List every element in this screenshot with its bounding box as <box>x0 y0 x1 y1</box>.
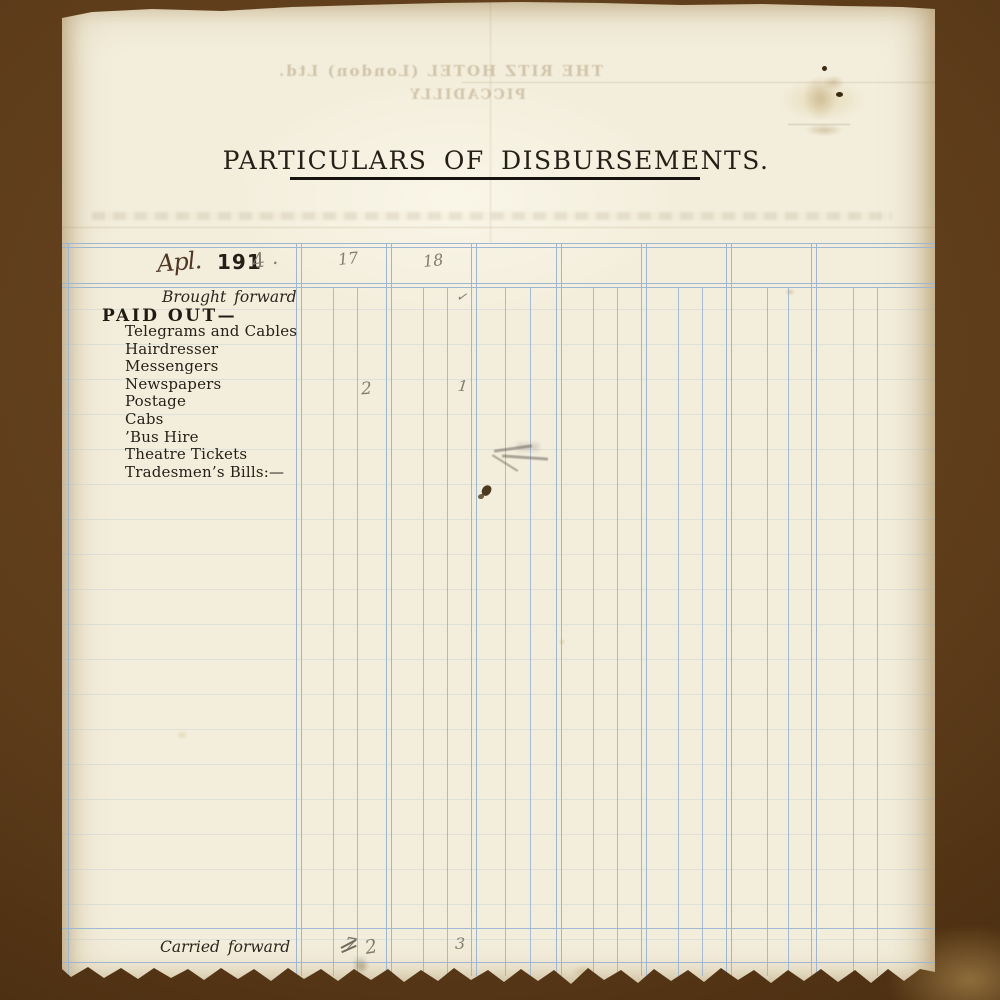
page-title: PARTICULARS OF DISBURSEMENTS. <box>223 146 770 175</box>
expense-item: Hairdresser <box>125 341 297 359</box>
expense-item: Messengers <box>125 358 297 376</box>
subcolumn-rule <box>505 287 506 976</box>
column-rule <box>391 243 392 976</box>
ghost-letterhead-line2: PICCADILLY <box>408 87 526 103</box>
fold-crease <box>490 0 491 243</box>
handwritten-year-digit: 4 . <box>250 245 280 274</box>
subcolumn-rule <box>447 287 448 976</box>
ledger-sheet: THE RITZ HOTEL (London) Ltd. PICCADILLY … <box>62 0 935 990</box>
subcolumn-rule <box>423 287 424 976</box>
subcolumn-rule <box>767 287 768 976</box>
title-underline <box>290 177 700 180</box>
pencil-smudge <box>355 958 365 972</box>
embossed-lion-crest <box>784 58 864 146</box>
subcolumn-rule <box>788 287 789 976</box>
photo-of-ledger: { "document": { "title": "PARTICULARS OF… <box>0 0 1000 1000</box>
column-rule <box>726 243 727 976</box>
ghost-letterhead-line1: THE RITZ HOTEL (London) Ltd. <box>277 62 603 80</box>
ink-speck <box>836 92 843 97</box>
ink-speck <box>822 66 827 71</box>
fold-crease <box>62 227 935 228</box>
table-rule-top <box>62 243 935 244</box>
column-rule <box>471 243 472 976</box>
carried-forward-label: Carried forward <box>160 938 290 956</box>
column-rule <box>811 243 812 976</box>
column-rule <box>301 243 302 976</box>
subcolumn-rule <box>877 287 878 976</box>
column-rule <box>476 243 477 976</box>
expense-item: Postage <box>125 393 297 411</box>
column-rule <box>816 243 817 976</box>
column-rule <box>561 243 562 976</box>
margin-rule <box>68 243 69 976</box>
expense-item-list: Telegrams and Cables Hairdresser Messeng… <box>125 323 297 481</box>
subcolumn-rule <box>617 287 618 976</box>
expense-item: Newspapers <box>125 376 297 394</box>
expense-item: ’Bus Hire <box>125 429 297 447</box>
expense-item: Theatre Tickets <box>125 446 297 464</box>
column-rule <box>731 243 732 976</box>
subcolumn-rule <box>333 287 334 976</box>
column-rule <box>556 243 557 976</box>
brought-forward-label: Brought forward <box>162 288 297 306</box>
subcolumn-rule <box>530 287 531 976</box>
table-rule-header-bottom <box>62 283 935 284</box>
pencil-amount-newspapers-17: 2 <box>360 379 372 400</box>
expense-item: Tradesmen’s Bills:— <box>125 464 297 482</box>
expense-item: Telegrams and Cables <box>125 323 297 341</box>
subcolumn-rule <box>593 287 594 976</box>
subcolumn-rule <box>357 287 358 976</box>
ghost-smudge-strip <box>92 212 892 220</box>
pencil-tick-brought-forward: ✓ <box>455 289 468 305</box>
handwritten-day-17: 17 <box>337 248 359 269</box>
handwritten-month: Apl. <box>156 246 202 278</box>
handwritten-day-18: 18 <box>422 250 444 271</box>
pencil-smudge <box>517 443 539 451</box>
fold-crease <box>462 82 935 83</box>
column-rule <box>646 243 647 976</box>
pencil-carried-col-18: 3 <box>455 934 465 953</box>
subcolumn-rule <box>678 287 679 976</box>
crest-baseline <box>788 124 850 125</box>
subcolumn-rule <box>702 287 703 976</box>
subcolumn-rule <box>853 287 854 976</box>
column-rule <box>641 243 642 976</box>
expense-item: Cabs <box>125 411 297 429</box>
pencil-amount-newspapers-18: 1 <box>457 377 468 396</box>
column-rule <box>386 243 387 976</box>
